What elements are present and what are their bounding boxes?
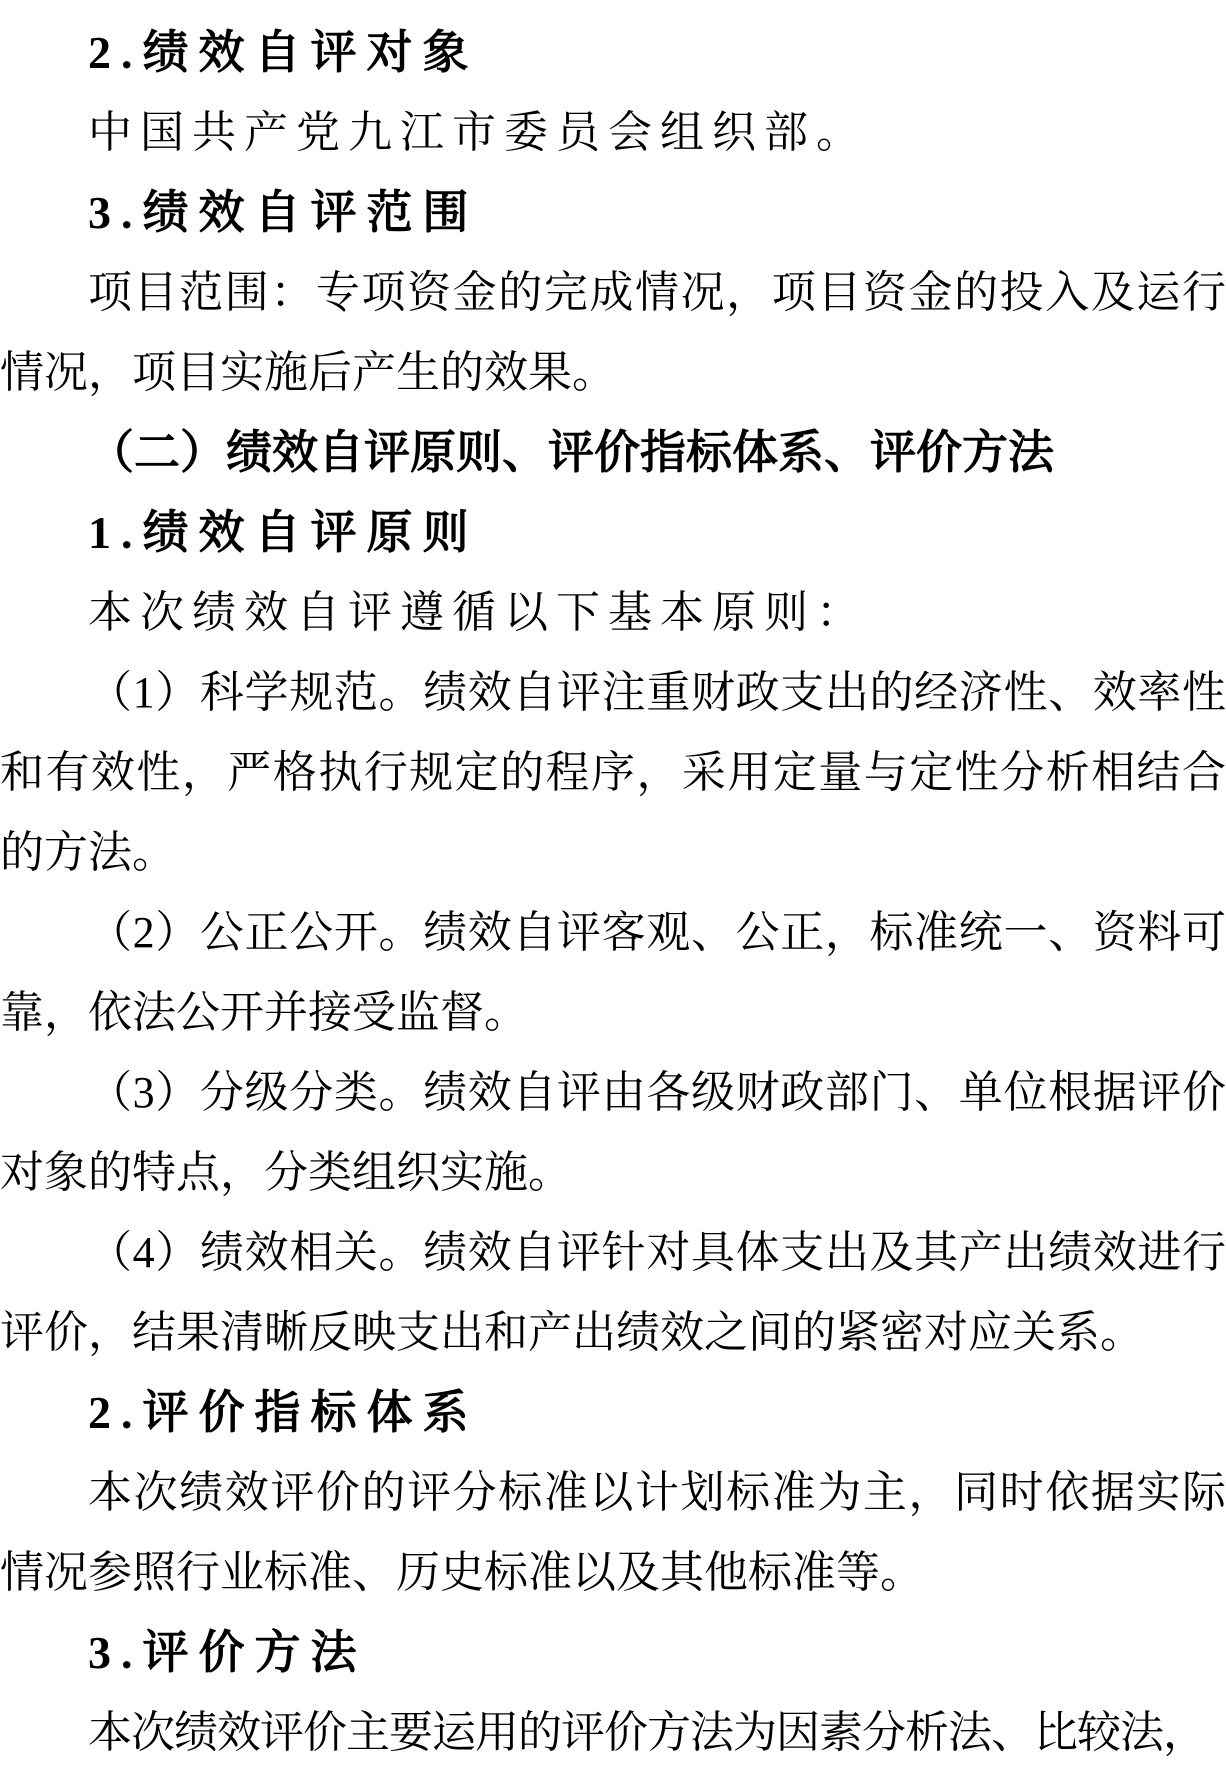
heading-indicator-system: 2.评价指标体系 — [0, 1373, 1226, 1453]
paragraph-evaluation-method: 本次绩效评价主要运用的评价方法为因素分析法、比较法， — [0, 1693, 1226, 1773]
paragraph-project-scope: 项目范围：专项资金的完成情况，项目资金的投入及运行情况，项目实施后产生的效果。 — [0, 253, 1226, 413]
heading-evaluation-method: 3.评价方法 — [0, 1613, 1226, 1693]
heading-section-two: （二）绩效自评原则、评价指标体系、评价方法 — [0, 413, 1226, 493]
paragraph-principle-3: （3）分级分类。绩效自评由各级财政部门、单位根据评价对象的特点，分类组织实施。 — [0, 1053, 1226, 1213]
document-text-block: 2.绩效自评对象 中国共产党九江市委员会组织部。 3.绩效自评范围 项目范围：专… — [0, 0, 1226, 1779]
heading-self-eval-principles: 1.绩效自评原则 — [0, 493, 1226, 573]
paragraph-scoring-standards: 本次绩效评价的评分标准以计划标准为主，同时依据实际情况参照行业标准、历史标准以及… — [0, 1453, 1226, 1613]
paragraph-self-eval-object: 中国共产党九江市委员会组织部。 — [0, 93, 1226, 173]
paragraph-principle-4: （4）绩效相关。绩效自评针对具体支出及其产出绩效进行评价，结果清晰反映支出和产出… — [0, 1213, 1226, 1373]
heading-self-eval-object: 2.绩效自评对象 — [0, 13, 1226, 93]
paragraph-principle-1: （1）科学规范。绩效自评注重财政支出的经济性、效率性和有效性，严格执行规定的程序… — [0, 653, 1226, 893]
heading-self-eval-scope: 3.绩效自评范围 — [0, 173, 1226, 253]
paragraph-principle-2: （2）公正公开。绩效自评客观、公正，标准统一、资料可靠，依法公开并接受监督。 — [0, 893, 1226, 1053]
document-page: { "page": { "background": "#ffffff", "te… — [0, 0, 1226, 1779]
paragraph-principles-intro: 本次绩效自评遵循以下基本原则： — [0, 573, 1226, 653]
